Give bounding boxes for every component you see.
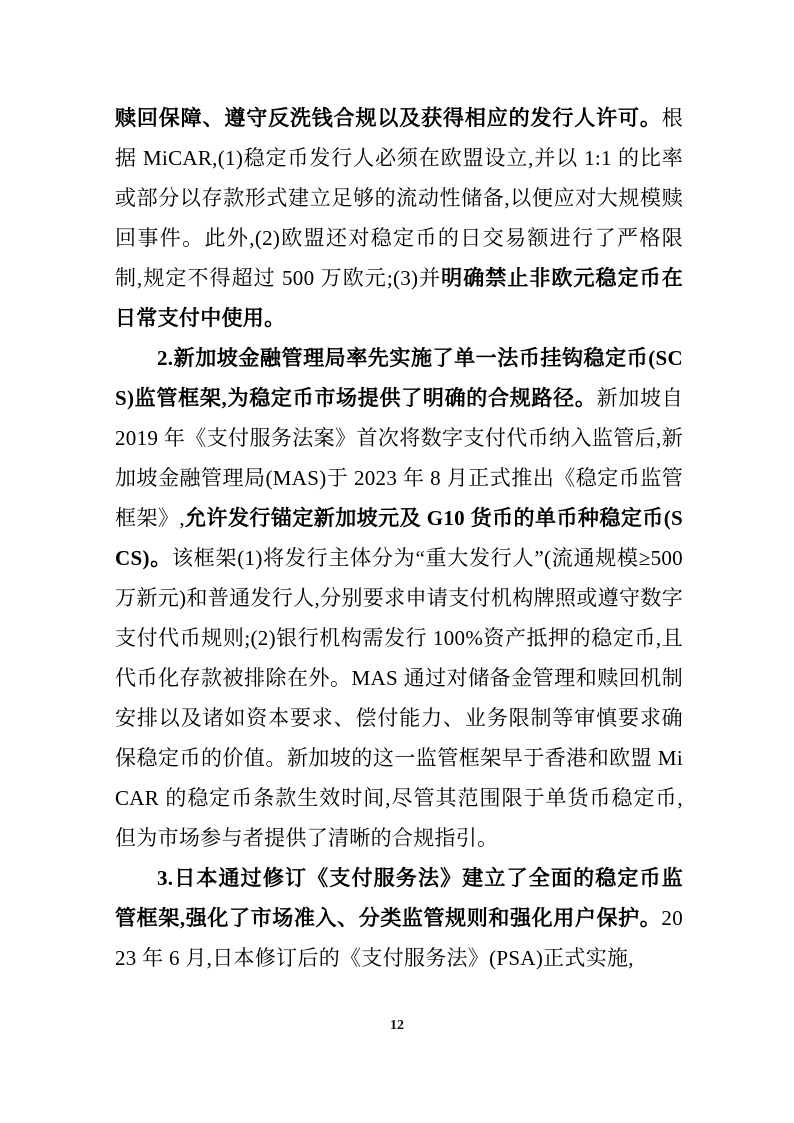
text-run: 该框架(1)将发行主体分为“重大发行人”(流通规模≥500 万新元)和普通发行人… bbox=[115, 546, 683, 850]
text-column: 赎回保障、遵守反洗钱合规以及获得相应的发行人许可。根据 MiCAR,(1)稳定币… bbox=[115, 98, 683, 978]
text-run: 赎回保障、遵守反洗钱合规以及获得相应的发行人许可。 bbox=[115, 106, 662, 130]
text-run: 3.日本通过修订《支付服务法》建立了全面的稳定币监管框架,强化了市场准入、分类监… bbox=[115, 866, 683, 930]
text-run: 根据 MiCAR,(1)稳定币发行人必须在欧盟设立,并以 1:1 的比率或部分以… bbox=[115, 106, 683, 290]
paragraph: 赎回保障、遵守反洗钱合规以及获得相应的发行人许可。根据 MiCAR,(1)稳定币… bbox=[115, 98, 683, 338]
page-number: 12 bbox=[390, 1018, 404, 1033]
paragraph: 2.新加坡金融管理局率先实施了单一法币挂钩稳定币(SCS)监管框架,为稳定币市场… bbox=[115, 338, 683, 858]
document-page: 赎回保障、遵守反洗钱合规以及获得相应的发行人许可。根据 MiCAR,(1)稳定币… bbox=[0, 0, 794, 1123]
page-footer: 12 bbox=[0, 1016, 794, 1034]
paragraph: 3.日本通过修订《支付服务法》建立了全面的稳定币监管框架,强化了市场准入、分类监… bbox=[115, 858, 683, 978]
